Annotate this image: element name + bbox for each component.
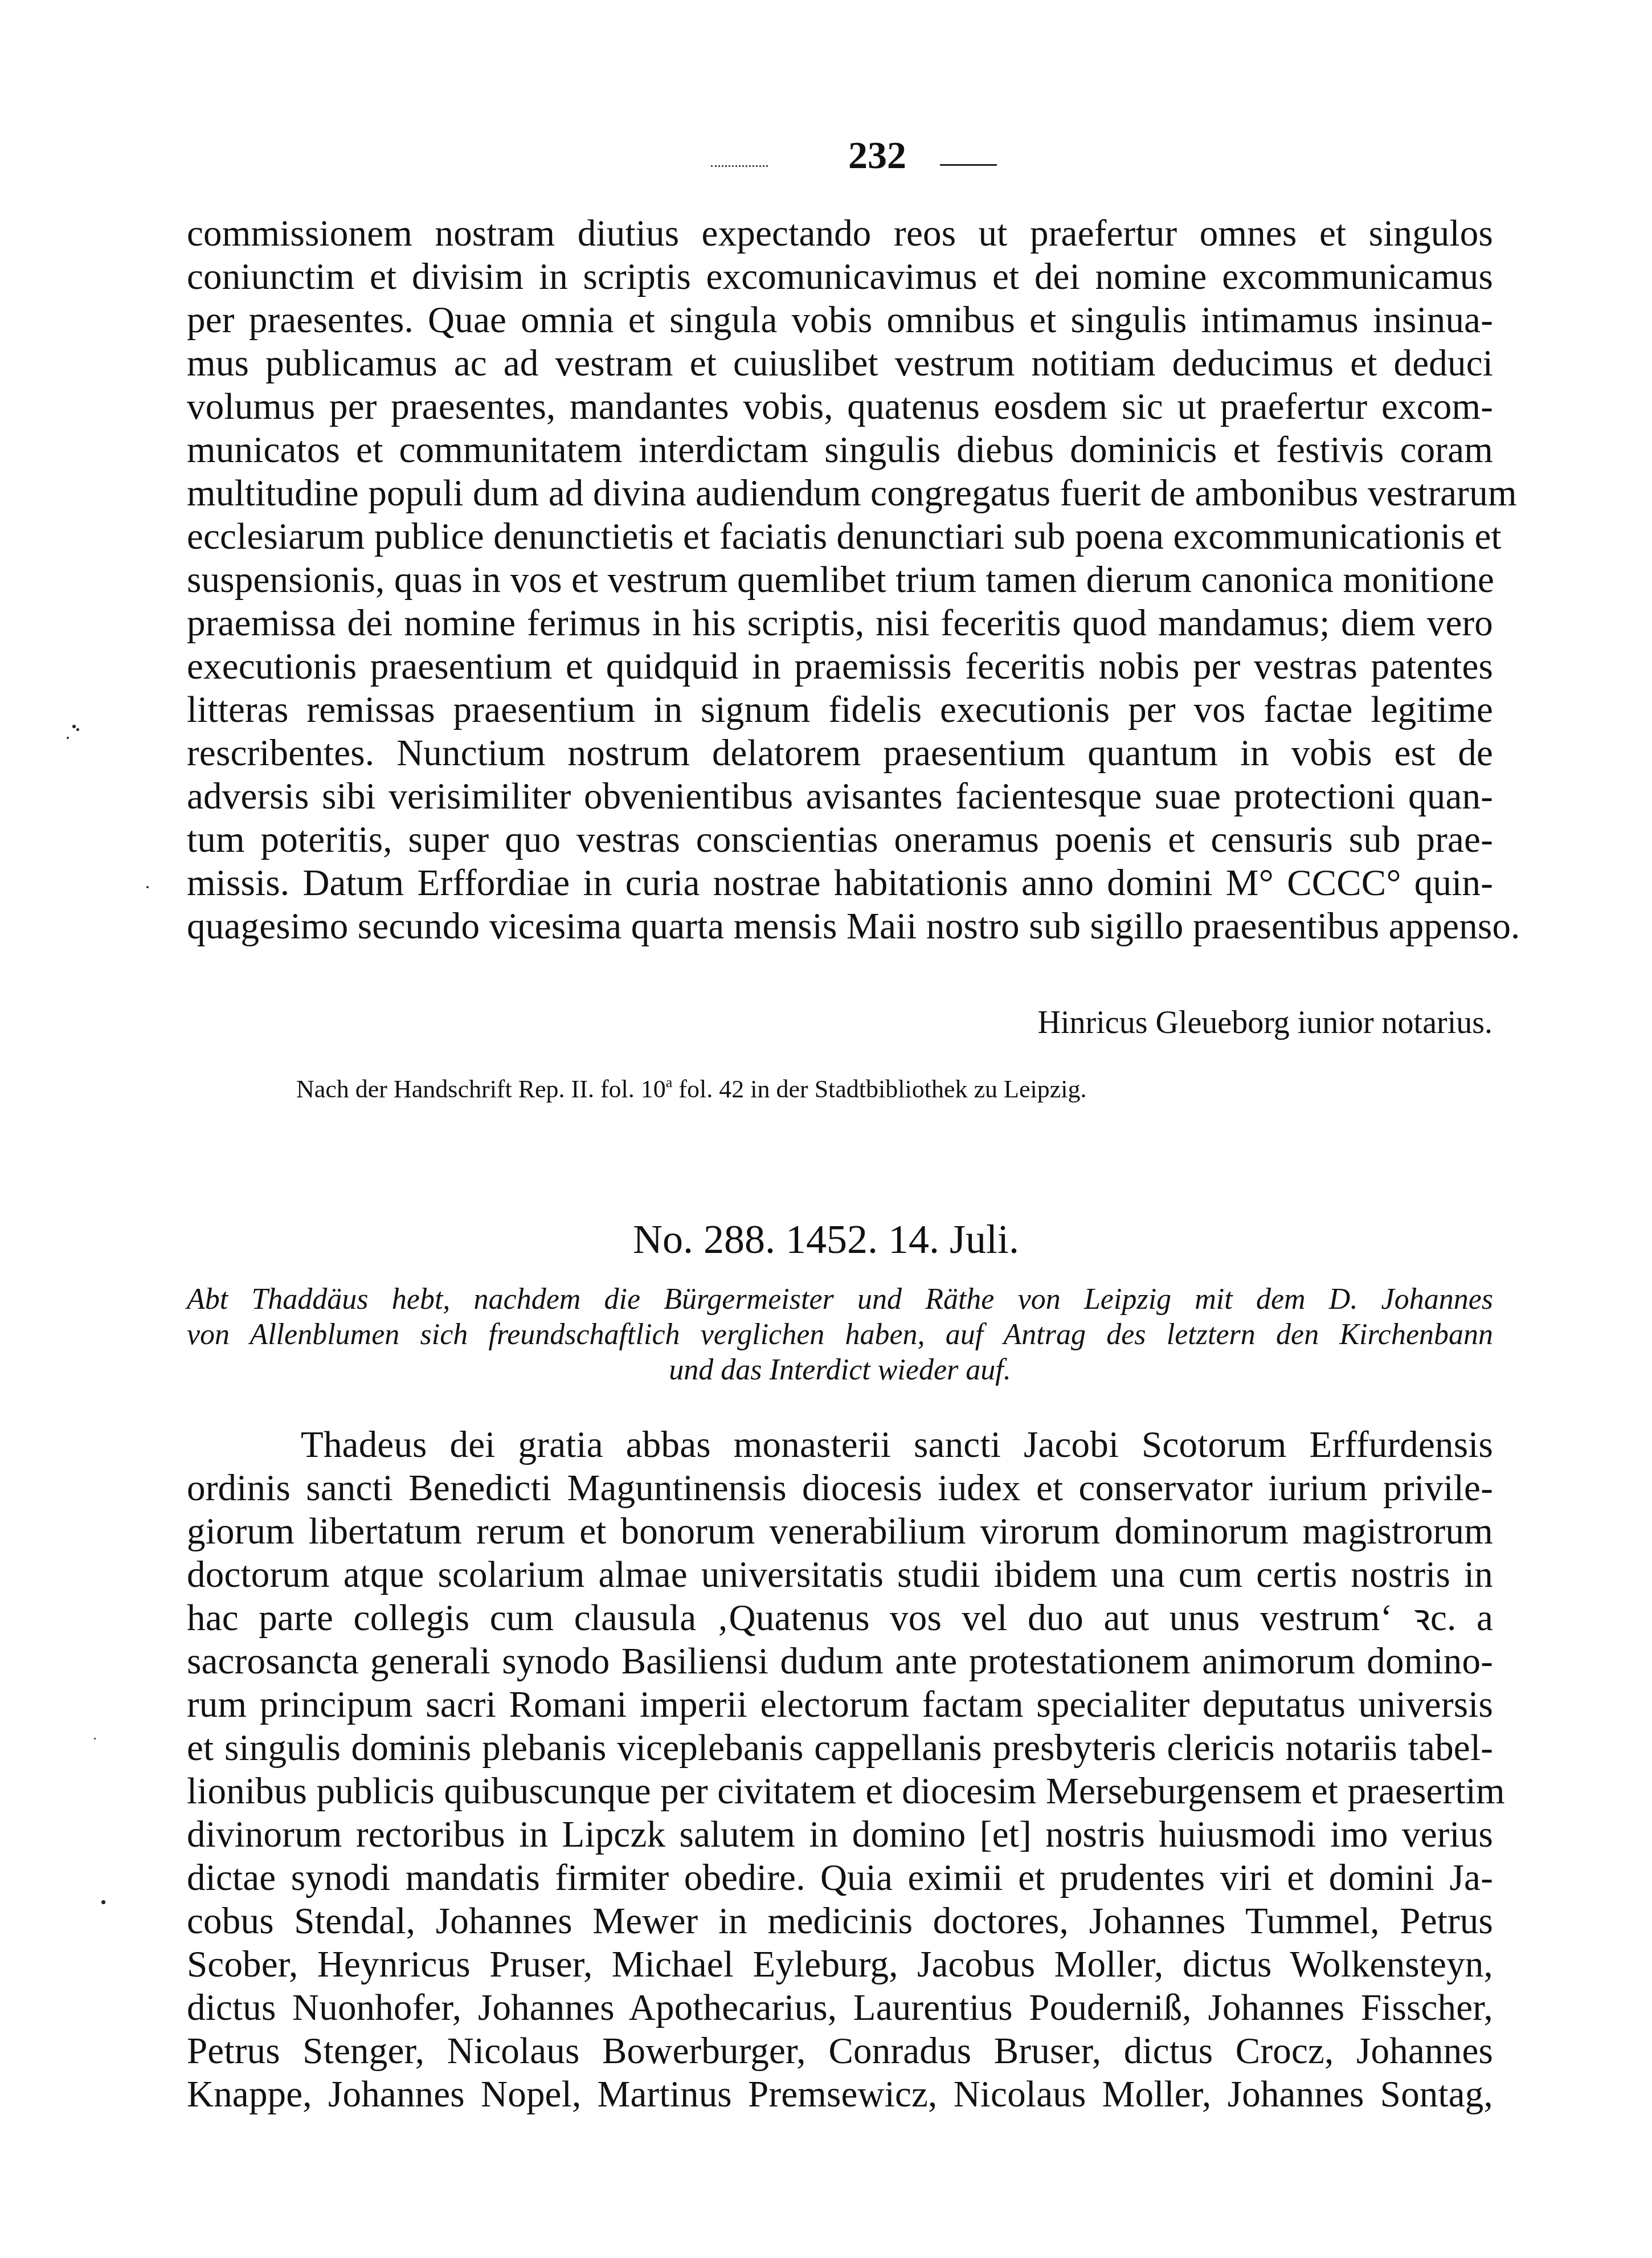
text-line: missis. Datum Erffordiae in curia nostra…: [187, 861, 1493, 905]
text-line: Knappe, Johannes Nopel, Martinus Premsew…: [187, 2073, 1493, 2116]
document-page: 232 commissionem nostram diutius expecta…: [0, 0, 1652, 2258]
text-line: municatos et communitatem interdictam si…: [187, 428, 1493, 472]
text-line: Scober, Heynricus Pruser, Michael Eylebu…: [187, 1943, 1493, 1986]
text-line: ordinis sancti Benedicti Maguntinensis d…: [187, 1467, 1493, 1510]
header-rule-right: [940, 164, 997, 166]
notary-signature: Hinricus Gleueborg iunior notarius.: [968, 1003, 1492, 1043]
text-line: ecclesiarum publice denunctietis et faci…: [187, 515, 1493, 558]
scan-speck: [94, 1738, 96, 1740]
document-summary: Abt Thaddäus hebt, nachdem die Bürgermei…: [187, 1282, 1493, 1388]
text-line: per praesentes. Quae omnia et singula vo…: [187, 299, 1493, 342]
header-rule-left: [711, 165, 768, 167]
text-line: mus publicamus ac ad vestram et cuiuslib…: [187, 342, 1493, 385]
document-body: Thadeus dei gratia abbas monasterii sanc…: [187, 1423, 1493, 2116]
document-heading: No. 288. 1452. 14. Juli.: [0, 1214, 1652, 1265]
summary-line: Abt Thaddäus hebt, nachdem die Bürgermei…: [187, 1282, 1493, 1317]
text-line: coniunctim et divisim in scriptis excomu…: [187, 255, 1493, 299]
text-line: suspensionis, quas in vos et vestrum que…: [187, 558, 1493, 602]
text-line: rum principum sacri Romani imperii elect…: [187, 1683, 1493, 1726]
text-line: lionibus publicis quibuscunque per civit…: [187, 1770, 1493, 1813]
text-line: et singulis dominis plebanis viceplebani…: [187, 1726, 1493, 1770]
text-line: litteras remissas praesentium in signum …: [187, 688, 1493, 732]
text-line: rescribentes. Nunctium nostrum delatorem…: [187, 732, 1493, 775]
text-line: tum poteritis, super quo vestras conscie…: [187, 818, 1493, 861]
text-line: Thadeus dei gratia abbas monasterii sanc…: [187, 1423, 1493, 1467]
text-line: multitudine populi dum ad divina audiend…: [187, 472, 1493, 515]
text-line: adversis sibi verisimiliter obvenientibu…: [187, 775, 1493, 818]
text-line: dictae synodi mandatis firmiter obedire.…: [187, 1856, 1493, 1900]
summary-line: und das Interdict wieder auf.: [187, 1353, 1493, 1388]
page-number: 232: [832, 126, 923, 183]
scan-speck: [72, 725, 76, 728]
source-note-text: Nach der Handschrift Rep. II. fol. 10: [296, 1075, 666, 1103]
scan-speck: [76, 728, 79, 731]
text-line: divinorum rectoribus in Lipczk salutem i…: [187, 1813, 1493, 1856]
text-line: volumus per praesentes, mandantes vobis,…: [187, 385, 1493, 428]
text-line: quagesimo secundo vicesima quarta mensis…: [187, 905, 1493, 948]
summary-line: von Allenblumen sich freundschaftlich ve…: [187, 1317, 1493, 1353]
scan-speck: [146, 886, 149, 888]
text-line: commissionem nostram diutius expectando …: [187, 212, 1493, 255]
text-line: doctorum atque scolarium almae universit…: [187, 1553, 1493, 1596]
scan-speck: [101, 1900, 105, 1904]
scan-speck: [67, 737, 69, 739]
text-line: Petrus Stenger, Nicolaus Bowerburger, Co…: [187, 2030, 1493, 2073]
source-note: Nach der Handschrift Rep. II. fol. 10a f…: [296, 1065, 1322, 1106]
source-note-superscript: a: [666, 1074, 673, 1091]
text-line: cobus Stendal, Johannes Mewer in medicin…: [187, 1900, 1493, 1943]
text-line: hac parte collegis cum clausula ‚Quatenu…: [187, 1596, 1493, 1640]
text-line: dictus Nuonhofer, Johannes Apothecarius,…: [187, 1986, 1493, 2030]
text-line: executionis praesentium et quidquid in p…: [187, 645, 1493, 688]
text-line: giorum libertatum rerum et bonorum vener…: [187, 1510, 1493, 1553]
source-note-text-rest: fol. 42 in der Stadtbibliothek zu Leipzi…: [672, 1075, 1086, 1103]
previous-document-text: commissionem nostram diutius expectando …: [187, 212, 1493, 948]
page-header: 232: [0, 126, 1652, 189]
text-line: praemissa dei nomine ferimus in his scri…: [187, 602, 1493, 645]
text-line: sacrosancta generali synodo Basiliensi d…: [187, 1640, 1493, 1683]
